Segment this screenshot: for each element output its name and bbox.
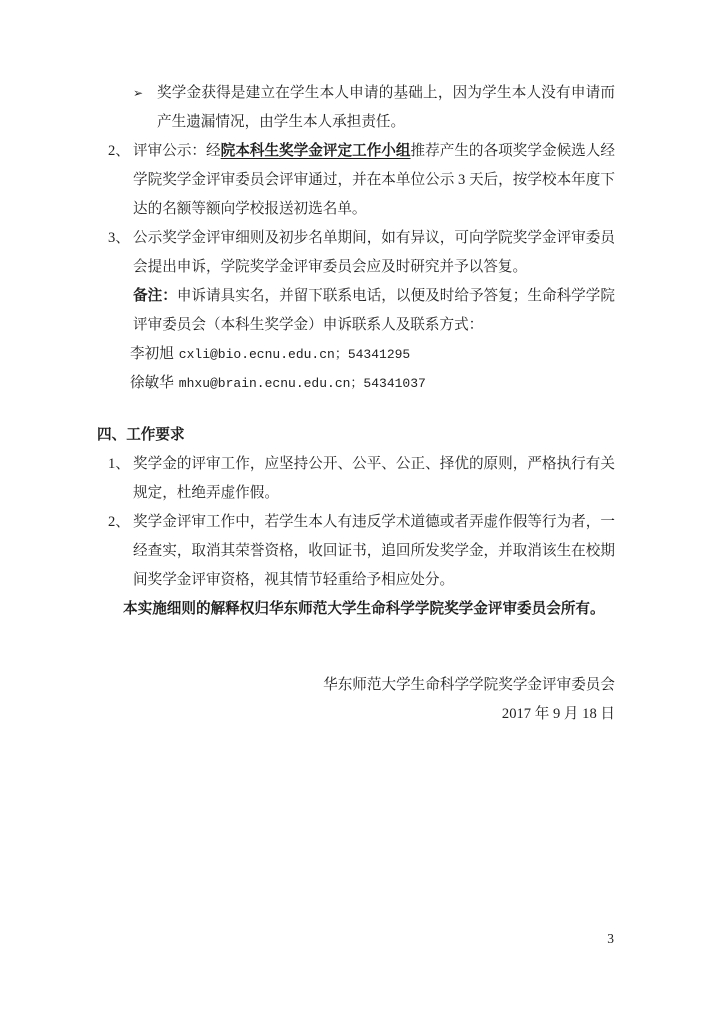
- list-item-2-review-publicity: 2、 评审公示：经院本科生奖学金评定工作小组推荐产生的各项奖学金候选人经学院奖学…: [97, 137, 615, 224]
- work-item-1-text: 奖学金的评审工作，应坚持公开、公平、公正、择优的原则，严格执行有关规定，杜绝弄虚…: [133, 456, 615, 501]
- signature-committee: 华东师范大学生命科学学院奖学金评审委员会: [97, 671, 615, 700]
- note-label: 备注：: [133, 288, 177, 304]
- document-page: ➢ 奖学金获得是建立在学生本人申请的基础上，因为学生本人没有申请而产生遗漏情况，…: [0, 0, 724, 1024]
- work-item-2-text: 奖学金评审工作中，若学生本人有违反学术道德或者弄虚作假等行为者，一经查实，取消其…: [133, 514, 615, 588]
- work-requirement-item-2: 2、 奖学金评审工作中，若学生本人有违反学术道德或者弄虚作假等行为者，一经查实，…: [97, 508, 615, 595]
- signature-gap: [97, 624, 615, 671]
- signature-date: 2017 年 9 月 18 日: [97, 700, 615, 729]
- interpretation-rights-statement: 本实施细则的解释权归华东师范大学生命科学学院奖学金评审委员会所有。: [97, 595, 615, 624]
- carryover-bullet-item: ➢ 奖学金获得是建立在学生本人申请的基础上，因为学生本人没有申请而产生遗漏情况，…: [97, 79, 615, 137]
- signature-date-text: 2017 年 9 月 18 日: [502, 706, 615, 722]
- section-4-heading-text: 四、工作要求: [97, 427, 185, 443]
- bullet-text: 奖学金获得是建立在学生本人申请的基础上，因为学生本人没有申请而产生遗漏情况，由学…: [157, 85, 615, 130]
- work-item-1-number: 1、: [108, 450, 130, 479]
- contact-line-2: 徐敏华mhxu@brain.ecnu.edu.cn；54341037: [97, 369, 615, 398]
- list-item-2-number: 2、: [108, 137, 130, 166]
- note-text: 申诉请具实名，并留下联系电话，以便及时给予答复；生命科学学院评审委员会（本科生奖…: [133, 288, 615, 333]
- bullet-arrow-icon: ➢: [133, 79, 143, 108]
- contact-1-name: 李初旭: [130, 346, 174, 362]
- contact-2-email-phone: mhxu@brain.ecnu.edu.cn；54341037: [179, 376, 426, 391]
- page-number: 3: [607, 931, 614, 947]
- contact-1-email-phone: cxli@bio.ecnu.edu.cn；54341295: [179, 347, 410, 362]
- section-gap: [97, 398, 615, 421]
- list-item-3-number: 3、: [108, 224, 130, 253]
- list-item-2-text-prefix: 评审公示：经: [133, 143, 221, 159]
- contact-2-name: 徐敏华: [130, 375, 174, 391]
- document-body: ➢ 奖学金获得是建立在学生本人申请的基础上，因为学生本人没有申请而产生遗漏情况，…: [97, 79, 615, 729]
- closing-statement-text: 本实施细则的解释权归华东师范大学生命科学学院奖学金评审委员会所有。: [123, 601, 605, 617]
- signature-committee-text: 华东师范大学生命科学学院奖学金评审委员会: [323, 677, 615, 693]
- note-paragraph: 备注：申诉请具实名，并留下联系电话，以便及时给予答复；生命科学学院评审委员会（本…: [97, 282, 615, 340]
- list-item-2-emphasized-text: 院本科生奖学金评定工作小组: [221, 143, 411, 159]
- section-4-heading: 四、工作要求: [97, 421, 615, 450]
- list-item-3-text: 公示奖学金评审细则及初步名单期间，如有异议，可向学院奖学金评审委员会提出申诉，学…: [133, 230, 615, 275]
- list-item-3-appeal: 3、 公示奖学金评审细则及初步名单期间，如有异议，可向学院奖学金评审委员会提出申…: [97, 224, 615, 282]
- contact-line-1: 李初旭cxli@bio.ecnu.edu.cn；54341295: [97, 340, 615, 369]
- work-requirement-item-1: 1、 奖学金的评审工作，应坚持公开、公平、公正、择优的原则，严格执行有关规定，杜…: [97, 450, 615, 508]
- work-item-2-number: 2、: [108, 508, 130, 537]
